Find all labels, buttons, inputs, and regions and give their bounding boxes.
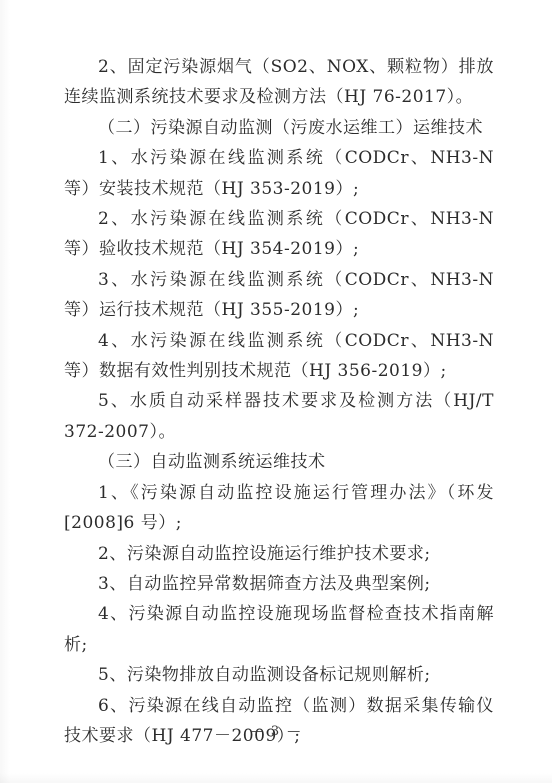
paragraph: 2、水污染源在线监测系统（CODCr、NH3-N 等）验收技术规范（HJ 354… [64,204,494,265]
document-body: 2、固定污染源烟气（SO2、NOX、颗粒物）排放连续监测系统技术要求及检测方法（… [64,52,494,751]
paragraph: 1、水污染源在线监测系统（CODCr、NH3-N 等）安装技术规范（HJ 353… [64,143,494,204]
paragraph: （三）自动监测系统运维技术 [64,447,494,477]
page-number: — 3 — [0,724,552,739]
paragraph: （二）污染源自动监测（污废水运维工）运维技术 [64,113,494,143]
paragraph: 2、污染源自动监控设施运行维护技术要求; [64,539,494,569]
paragraph: 5、污染物排放自动监测设备标记规则解析; [64,660,494,690]
paragraph: 4、水污染源在线监测系统（CODCr、NH3-N 等）数据有效性判别技术规范（H… [64,326,494,387]
paragraph: 3、自动监控异常数据筛查方法及典型案例; [64,569,494,599]
paragraph: 6、污染源在线自动监控（监测）数据采集传输仪技术要求（HJ 477－2009）; [64,691,494,752]
document-page: 2、固定污染源烟气（SO2、NOX、颗粒物）排放连续监测系统技术要求及检测方法（… [0,0,552,783]
paragraph: 2、固定污染源烟气（SO2、NOX、颗粒物）排放连续监测系统技术要求及检测方法（… [64,52,494,113]
paragraph: 3、水污染源在线监测系统（CODCr、NH3-N 等）运行技术规范（HJ 355… [64,265,494,326]
paragraph: 4、污染源自动监控设施现场监督检查技术指南解析; [64,599,494,660]
paragraph: 5、水质自动采样器技术要求及检测方法（HJ/T 372-2007）。 [64,386,494,447]
paragraph: 1、《污染源自动监控设施运行管理办法》（环发[2008]6 号）; [64,478,494,539]
